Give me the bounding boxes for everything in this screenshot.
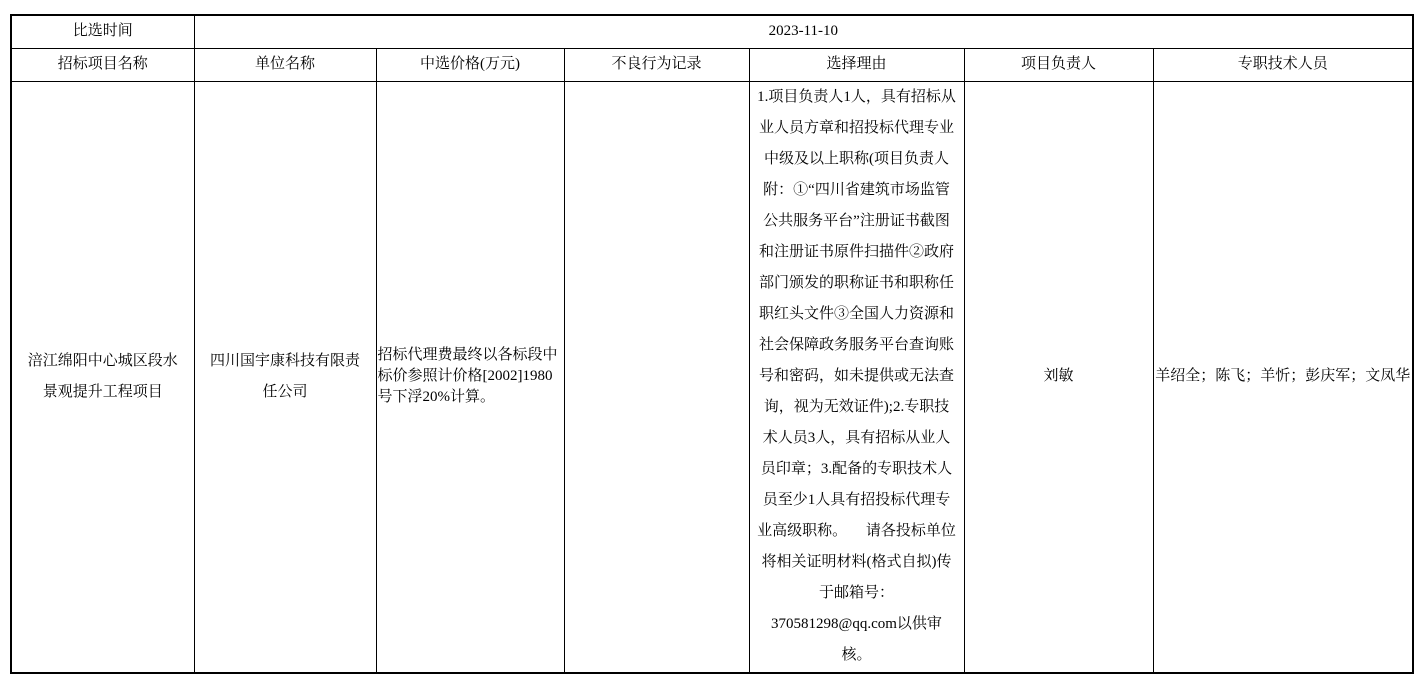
selection-time-value: 2023-11-10 (194, 15, 1413, 48)
cell-project-name: 涪江绵阳中心城区段水景观提升工程项目 (11, 81, 194, 673)
header-technical-staff: 专职技术人员 (1153, 48, 1413, 81)
selection-result-table: 比选时间 2023-11-10 招标项目名称 单位名称 中选价格(万元) 不良行… (10, 14, 1414, 674)
header-selection-reason: 选择理由 (749, 48, 964, 81)
header-selected-price: 中选价格(万元) (376, 48, 564, 81)
table-row: 涪江绵阳中心城区段水景观提升工程项目 四川国宇康科技有限责任公司 招标代理费最终… (11, 81, 1413, 673)
cell-company-name: 四川国宇康科技有限责任公司 (194, 81, 376, 673)
header-project-name: 招标项目名称 (11, 48, 194, 81)
cell-bad-behavior-record (564, 81, 749, 673)
page: { "page": { "background": "#ffffff", "bo… (0, 0, 1422, 690)
header-project-manager: 项目负责人 (964, 48, 1153, 81)
cell-selection-reason: 1.项目负责人1人，具有招标从业人员方章和招投标代理专业中级及以上职称(项目负责… (749, 81, 964, 673)
cell-selected-price: 招标代理费最终以各标段中标价参照计价格[2002]1980号下浮20%计算。 (376, 81, 564, 673)
header-row: 招标项目名称 单位名称 中选价格(万元) 不良行为记录 选择理由 项目负责人 专… (11, 48, 1413, 81)
selection-time-label: 比选时间 (11, 15, 194, 48)
header-bad-behavior-record: 不良行为记录 (564, 48, 749, 81)
cell-project-manager: 刘敏 (964, 81, 1153, 673)
cell-technical-staff: 羊绍全；陈飞；羊忻；彭庆军；文凤华 (1153, 81, 1413, 673)
header-company-name: 单位名称 (194, 48, 376, 81)
selection-time-row: 比选时间 2023-11-10 (11, 15, 1413, 48)
